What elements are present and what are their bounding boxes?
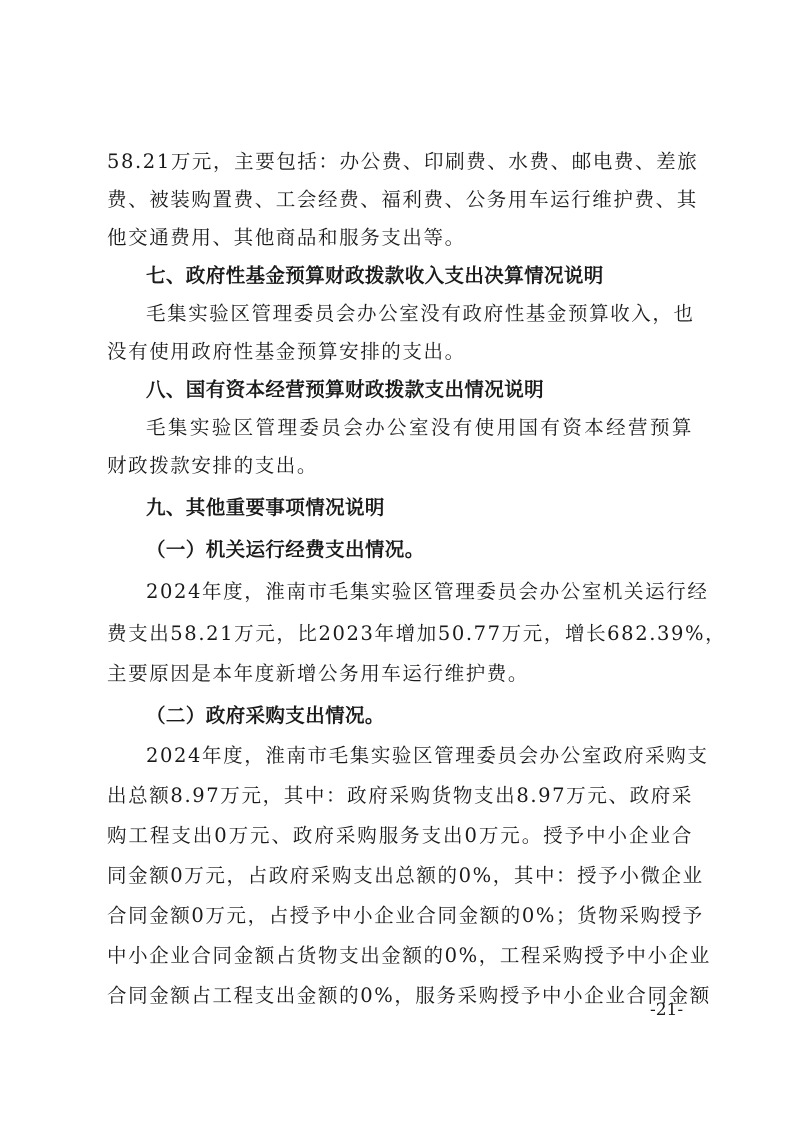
section-heading: 九、其他重要事项情况说明 (146, 496, 693, 520)
section-heading: 七、政府性基金预算财政拨款收入支出决算情况说明 (146, 264, 693, 288)
paragraph-line: 费支出58.21万元，比2023年增加50.77万元，增长682.39%， (107, 622, 693, 646)
section-heading: 八、国有资本经营预算财政拨款支出情况说明 (146, 378, 693, 402)
paragraph-line: 2024年度，淮南市毛集实验区管理委员会办公室机关运行经 (146, 580, 693, 604)
paragraph-line: 出总额8.97万元，其中：政府采购货物支出8.97万元、政府采 (107, 784, 693, 808)
section-heading: （一）机关运行经费支出情况。 (146, 538, 693, 562)
paragraph-line: 合同金额占工程支出金额的0%，服务采购授予中小企业合同金额 (107, 984, 693, 1008)
paragraph-line: 同金额0万元，占政府采购支出总额的0%，其中：授予小微企业 (107, 864, 693, 888)
section-heading: （二）政府采购支出情况。 (146, 704, 693, 728)
paragraph-line: 他交通费用、其他商品和服务支出等。 (107, 226, 693, 250)
paragraph-line: 财政拨款安排的支出。 (107, 454, 693, 478)
paragraph-line: 2024年度，淮南市毛集实验区管理委员会办公室政府采购支 (146, 744, 693, 768)
paragraph-line: 合同金额0万元，占授予中小企业合同金额的0%；货物采购授予 (107, 904, 693, 928)
paragraph-line: 没有使用政府性基金预算安排的支出。 (107, 340, 693, 364)
paragraph-line: 购工程支出0万元、政府采购服务支出0万元。授予中小企业合 (107, 824, 693, 848)
paragraph-line: 58.21万元，主要包括：办公费、印刷费、水费、邮电费、差旅 (107, 150, 693, 174)
paragraph-line: 中小企业合同金额占货物支出金额的0%，工程采购授予中小企业 (107, 944, 693, 968)
paragraph-line: 毛集实验区管理委员会办公室没有使用国有资本经营预算 (146, 416, 693, 440)
paragraph-line: 费、被装购置费、工会经费、福利费、公务用车运行维护费、其 (107, 188, 693, 212)
paragraph-line: 主要原因是本年度新增公务用车运行维护费。 (107, 662, 693, 686)
paragraph-line: 毛集实验区管理委员会办公室没有政府性基金预算收入，也 (146, 302, 693, 326)
page-number: -21- (650, 1000, 683, 1020)
